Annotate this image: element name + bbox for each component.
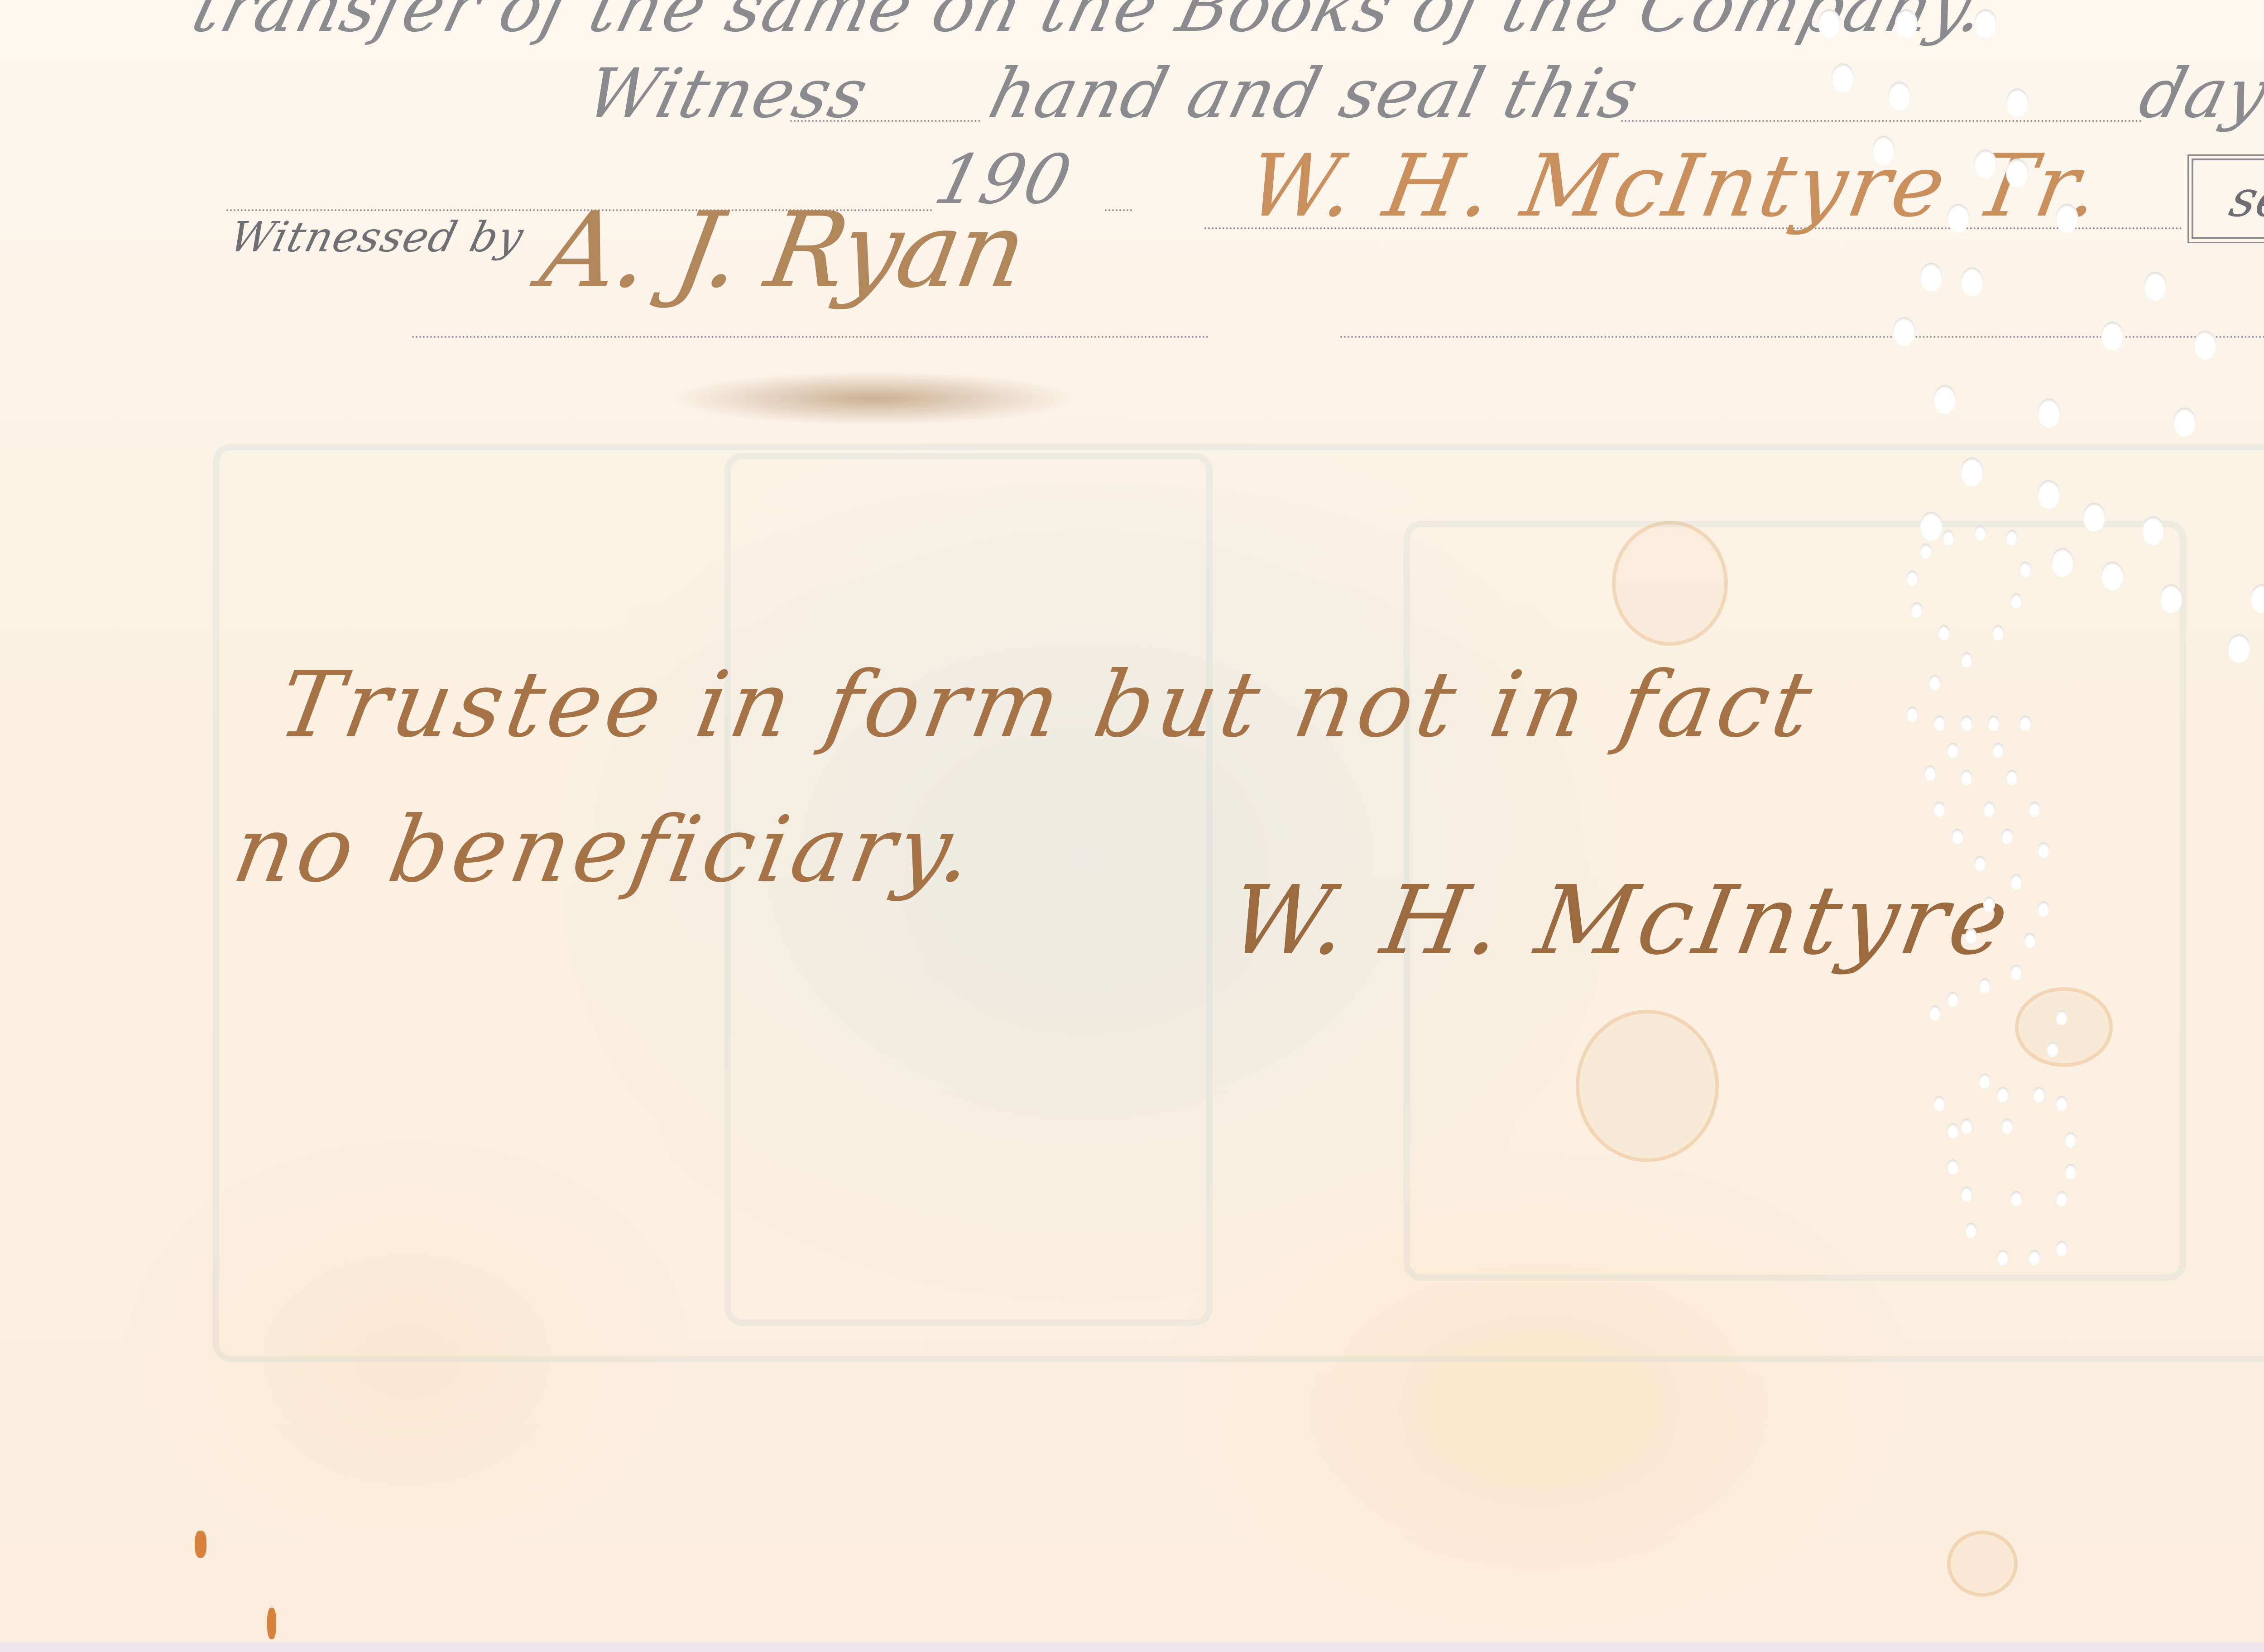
page-bottom-edge bbox=[0, 1642, 2264, 1652]
engraved-witnessed-by: Witnessed by bbox=[225, 213, 529, 261]
witness-signature-line bbox=[412, 336, 1209, 338]
engraved-hand-and-seal: hand and seal this bbox=[982, 54, 1646, 133]
water-stain bbox=[1576, 1010, 1719, 1162]
day-blank-line bbox=[1621, 120, 2142, 122]
ink-smudge bbox=[670, 371, 1078, 426]
engraved-day-of: day of bbox=[2132, 54, 2264, 133]
water-stain bbox=[1612, 521, 1728, 646]
seal-box: seal bbox=[2192, 158, 2264, 239]
water-stain bbox=[1947, 1531, 2018, 1597]
handwritten-note-line1: Trustee in form but not in fact bbox=[271, 652, 1823, 758]
engraved-transfer-line: transfer of the same on the Books of the… bbox=[185, 0, 1994, 47]
witness-signature: A. J. Ryan bbox=[532, 190, 1032, 311]
rust-mark bbox=[195, 1531, 206, 1558]
rust-mark bbox=[267, 1608, 276, 1639]
second-signature-line bbox=[1340, 336, 2264, 338]
note-signature: W. H. McIntyre bbox=[1222, 865, 2020, 976]
water-stain bbox=[2015, 987, 2113, 1067]
witness-blank-line bbox=[790, 120, 980, 122]
seal-label: seal bbox=[2224, 170, 2264, 228]
handwritten-note-line2: no beneficiary. bbox=[226, 797, 985, 903]
year-blank-line bbox=[1105, 209, 1132, 211]
